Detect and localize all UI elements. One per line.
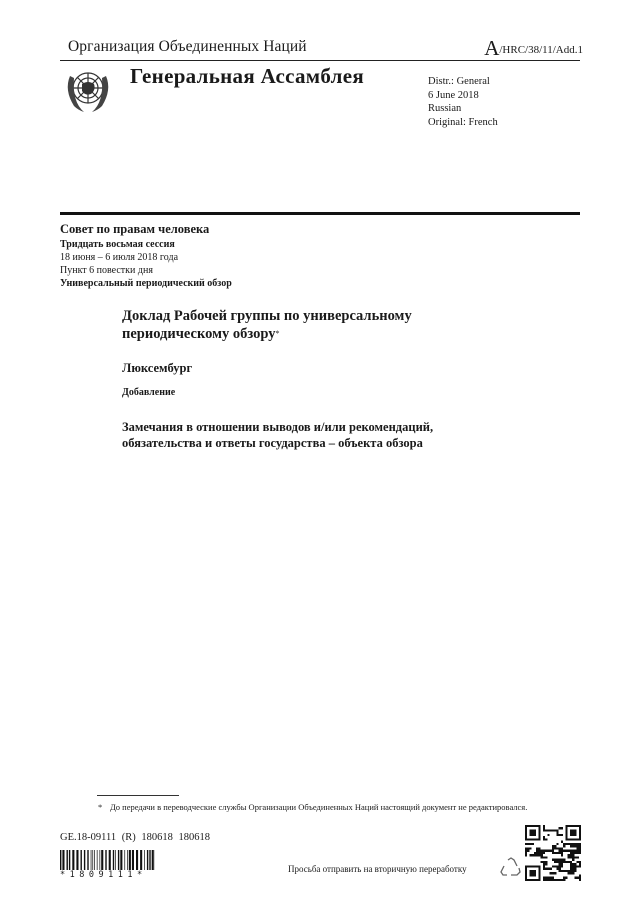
country-name: Люксембург xyxy=(122,361,192,376)
document-title-text: Доклад Рабочей группы по универсальному … xyxy=(122,308,412,342)
document-subtitle: Замечания в отношении выводов и/или реко… xyxy=(122,419,462,451)
header-rule xyxy=(60,60,580,61)
distr-label: Distr.: General xyxy=(428,75,498,89)
session-block: Тридцать восьмая сессия 18 июня – 6 июля… xyxy=(60,238,232,290)
distribution-block: Distr.: General 6 June 2018 Russian Orig… xyxy=(428,75,498,129)
symbol-prefix: A xyxy=(484,36,499,60)
council-name: Совет по правам человека xyxy=(60,222,209,237)
general-assembly-title: Генеральная Ассамблея xyxy=(130,64,364,89)
footnote-rule xyxy=(97,795,179,796)
job-code: GE.18-09111 (R) 180618 180618 xyxy=(60,832,210,843)
recycle-icon xyxy=(500,856,522,878)
barcode-number: *1809111* xyxy=(60,870,147,880)
un-emblem-icon xyxy=(62,64,114,116)
qr-code-icon xyxy=(525,825,581,881)
footnote-text: До передачи в переводческие службы Орган… xyxy=(110,802,527,812)
distr-language: Russian xyxy=(428,102,498,116)
agenda-title: Универсальный периодический обзор xyxy=(60,277,232,290)
title-footnote-mark: * xyxy=(275,329,279,338)
agenda-item: Пункт 6 повестки дня xyxy=(60,264,232,277)
session-name: Тридцать восьмая сессия xyxy=(60,238,232,251)
document-symbol: A/HRC/38/11/Add.1 xyxy=(484,36,583,61)
symbol-rest: /HRC/38/11/Add.1 xyxy=(499,44,583,56)
barcode-icon xyxy=(60,850,155,870)
organization-name: Организация Объединенных Наций xyxy=(68,38,307,56)
distr-date: 6 June 2018 xyxy=(428,89,498,103)
footnote: * До передачи в переводческие службы Орг… xyxy=(110,801,530,813)
document-title: Доклад Рабочей группы по универсальному … xyxy=(122,307,442,343)
footnote-mark: * xyxy=(98,801,102,813)
section-rule xyxy=(60,212,580,215)
addendum-label: Добавление xyxy=(122,387,175,398)
recycle-text: Просьба отправить на вторичную переработ… xyxy=(288,864,467,874)
session-dates: 18 июня – 6 июля 2018 года xyxy=(60,251,232,264)
distr-original: Original: French xyxy=(428,116,498,130)
